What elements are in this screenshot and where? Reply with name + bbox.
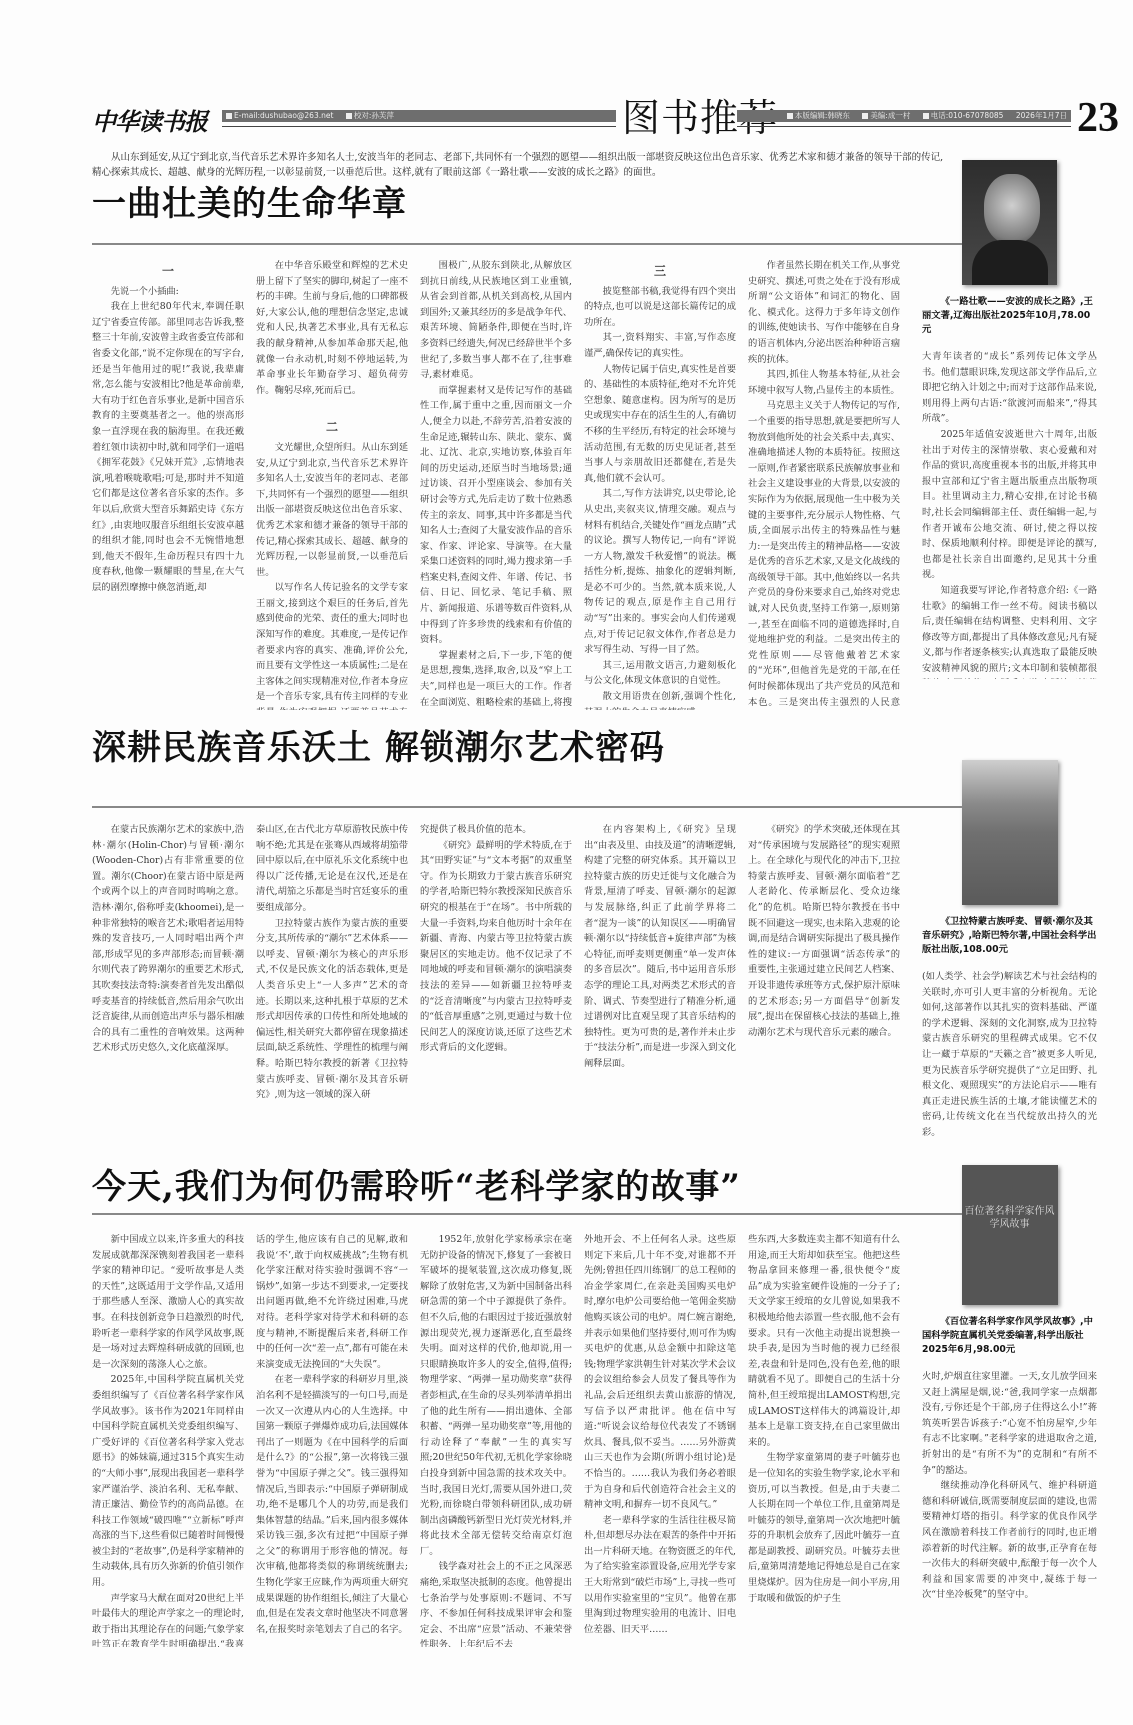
article1-column-3: 围极广,从胶东到陕北,从解放区到抗日前线,从民族地区到工业重镇,从省会到首都,从… [420, 258, 572, 710]
paragraph: 其三,运用散文语言,力避刻板化与公文化,体现文体意识的自觉性。 [584, 658, 736, 689]
book-cover-title: 百位著名科学家作风学风故事 [962, 1205, 1058, 1231]
newspaper-page: 中华读书报 E-mail:dushubao@263.net 校对:孙芙萍 图书推… [92, 0, 1112, 1725]
article3-headline: 今天,我们为何仍需聆听“老科学家的故事” [92, 1165, 741, 1209]
editor-text: 本版编辑:韩晓东 [795, 111, 850, 120]
paragraph: 声学家马大猷在面对20世纪上半叶最伟大的理论声学家之一的理论时,敢于指出其理论存… [92, 1591, 244, 1647]
paragraph: 其四,抓住人物基本特征,从社会环境中叙写人物,凸显传主的本质性。 [748, 367, 900, 398]
phone-text: 电话:010-67078085 [931, 111, 1004, 120]
article3-sidebar: 百位著名科学家作风学风故事 《百位著名科学家作风学风故事》,中国科学院直属机关党… [922, 1165, 1097, 1629]
art-editor-text: 美编:成一村 [870, 111, 910, 120]
paragraph: 外地开会、不上任何名人录。这些原则定下来后,几十年不变,对谁都不开先例;曾担任四… [584, 1232, 736, 1513]
article3-column-2: 话的学生,他应该有自己的见解,敢和我说‘不’,敢于向权威挑战”;生物有机化学家汪… [256, 1232, 408, 1647]
paragraph: 2025年,中国科学院直属机关党委组织编写了《百位著名科学家作风学风故事》。该书… [92, 1372, 244, 1590]
page-number: 23 [1077, 96, 1119, 140]
masthead: 中华读书报 E-mail:dushubao@263.net 校对:孙芙萍 图书推… [92, 96, 1132, 142]
article3-column-3: 1952年,放射化学家杨承宗在毫无防护设备的情况下,修复了一套被日军破坏的提氡装… [420, 1232, 572, 1647]
newspaper-logo: 中华读书报 [92, 102, 207, 137]
book-cover-image [962, 160, 1057, 285]
sidebar-text: (如人类学、社会学)解读艺术与社会结构的关联时,亦可引人更丰富的分析视角。无论如… [922, 969, 1097, 1169]
article1-body: 一 先说一个小插曲: 我在上世纪80年代末,奉调任职辽宁省委宣传部。部里同志告诉… [92, 258, 912, 710]
paragraph: 钱学森对社会上的不正之风深恶痛绝,采取坚决抵制的态度。他曾提出七条治学与处事原则… [420, 1559, 572, 1647]
paragraph: 在中华音乐殿堂和辉煌的艺术史册上留下了坚实的脚印,树起了一座不朽的丰碑。生前与身… [256, 258, 408, 398]
email-text: E-mail:dushubao@263.net [234, 111, 333, 120]
masthead-rule-left [222, 126, 616, 127]
article2-column-4: 在内容架构上,《研究》呈现出“由表及里、由技及道”的清晰逻辑,构建了完整的研究体… [584, 822, 736, 1152]
paragraph: 生物学家童第周的妻子叶毓芬也是一位知名的实验生物学家,论水平和资历,可以当教授。… [748, 1450, 900, 1606]
paragraph: 在老一辈科学家的科研岁月里,淡泊名利不是轻描淡写的一句口号,而是一次又一次遵从内… [256, 1372, 408, 1637]
portrait-face [984, 174, 1040, 244]
paragraph: 在蒙古民族潮尔艺术的家族中,浩林·潮尔(Holin-Chor)与冒顿·潮尔(Wo… [92, 822, 244, 1056]
article2-body: 在蒙古民族潮尔艺术的家族中,浩林·潮尔(Holin-Chor)与冒顿·潮尔(Wo… [92, 822, 912, 1152]
paragraph: 些东西,大多数连卖主都不知道有什么用途,而王大珩却如获至宝。他把这些物品拿回来修… [748, 1232, 900, 1450]
paragraph: 人物传记属于信史,真实性是首要的、基础性的本质特征,绝对不允许凭空想象、随意虚构… [584, 362, 736, 487]
article2-column-5: 《研究》的学术突破,还体现在其对“传承困境与发展路径”的现实观照上。在全球化与现… [748, 822, 900, 1152]
article1-lead: 从山东到延安,从辽宁到北京,当代音乐艺术界许多知名人士,安波当年的老同志、老部下… [92, 150, 952, 180]
book-caption: 《一路壮歌——安波的成长之路》,王丽文著,辽海出版社2025年10月,78.00… [922, 295, 1097, 337]
article1-headline: 一曲壮美的生命华章 [92, 182, 407, 226]
issue-date: 2026年1月7日 [1016, 111, 1067, 120]
section-marker: 三 [584, 264, 736, 280]
book-caption: 《百位著名科学家作风学风故事》,中国科学院直属机关党委编著,科学出版社2025年… [922, 1315, 1097, 1357]
masthead-editor-bar: 本版编辑:韩晓东 美编:成一村 电话:010-67078085 2026年1月7… [737, 110, 1071, 122]
paragraph: (如人类学、社会学)解读艺术与社会结构的关联时,亦可引人更丰富的分析视角。无论如… [922, 969, 1097, 1141]
sidebar-text: 火时,炉烟直往家里灌。一天,女儿放学回来又赶上满屋是烟,说:“爸,我同学家一点烟… [922, 1369, 1097, 1629]
book-caption: 《卫拉特蒙古族呼麦、冒顿·潮尔及其音乐研究》,哈斯巴特尔著,中国社会科学出版社出… [922, 915, 1097, 957]
paragraph: 老一辈科学家的生活往往极尽简朴,但却想尽办法在艰苦的条件中开拓出一片科研天地。在… [584, 1513, 736, 1638]
paragraph: 新中国成立以来,许多重大的科技发展成就都深深镌刻着我国老一辈科学家的精神印记。“… [92, 1232, 244, 1372]
paragraph: 1952年,放射化学家杨承宗在毫无防护设备的情况下,修复了一套被日军破坏的提氡装… [420, 1232, 572, 1559]
proofreader-text: 校对:孙芙萍 [354, 111, 394, 120]
paragraph: 《研究》最鲜明的学术特质,在于其“田野实证”与“文本考据”的双重坚守。作为长期致… [420, 838, 572, 1056]
paragraph: 以写作名人传记验名的文学专家王丽文,接到这个艰巨的任务后,首先感到使命的光荣、责… [256, 580, 408, 710]
paragraph: 2025年适值安波逝世六十周年,出版社出于对传主的深情崇敬、衷心爱戴和对作品的赏… [922, 427, 1097, 583]
article1-rule [92, 243, 977, 245]
book-cover-image [962, 760, 1058, 905]
paragraph: 而掌握素材又是传记写作的基础性工作,属于重中之重,因而丽文一介人,便全力以赴,不… [420, 383, 572, 648]
article1-column-1: 一 先说一个小插曲: 我在上世纪80年代末,奉调任职辽宁省委宣传部。部里同志告诉… [92, 258, 244, 710]
section-marker: 二 [256, 420, 408, 436]
paragraph: 文光耀世,众望所归。从山东到延安,从辽宁到北京,当代音乐艺术界许多知名人士,安波… [256, 440, 408, 580]
paragraph: 其二,写作方法讲究,以史带论,论从史出,夹叙夹议,情理交融。观点与材料有机结合,… [584, 486, 736, 658]
paragraph: 大青年读者的“成长”系列传记体文学丛书。他们慧眼识珠,发现这部文学作品后,立即把… [922, 349, 1097, 427]
paragraph: 卫拉特蒙古族作为蒙古族的重要分支,其所传承的“潮尔”艺术体系——以呼麦、冒顿·潮… [256, 916, 408, 1103]
article3-column-5: 些东西,大多数连卖主都不知道有什么用途,而王大珩却如获至宝。他把这些物品拿回来修… [748, 1232, 900, 1647]
article2-headline: 深耕民族音乐沃土 解锁潮尔艺术密码 [92, 726, 665, 770]
paragraph: 其一,资料翔实、丰富,写作态度谨严,确保传记的真实性。 [584, 330, 736, 361]
sidebar-text: 大青年读者的“成长”系列传记体文学丛书。他们慧眼识珠,发现这部文学作品后,立即把… [922, 349, 1097, 679]
article1-sidebar: 《一路壮歌——安波的成长之路》,王丽文著,辽海出版社2025年10月,78.00… [922, 160, 1097, 679]
article2-column-3: 究提供了极具价值的范本。 《研究》最鲜明的学术特质,在于其“田野实证”与“文本考… [420, 822, 572, 1152]
article2-column-2: 泰山区,在古代北方草原游牧民族中传响不绝;尤其是在张骞从西域将胡笳带回中原以后,… [256, 822, 408, 1152]
book-cover-image: 百位著名科学家作风学风故事 [962, 1165, 1058, 1305]
article3-column-4: 外地开会、不上任何名人录。这些原则定下来后,几十年不变,对谁都不开先例;曾担任四… [584, 1232, 736, 1647]
paragraph: 究提供了极具价值的范本。 [420, 822, 572, 838]
paragraph: 在内容架构上,《研究》呈现出“由表及里、由技及道”的清晰逻辑,构建了完整的研究体… [584, 822, 736, 1072]
paragraph: 泰山区,在古代北方草原游牧民族中传响不绝;尤其是在张骞从西域将胡笳带回中原以后,… [256, 822, 408, 916]
masthead-contact-bar: E-mail:dushubao@263.net 校对:孙芙萍 [222, 110, 616, 122]
paragraph: 话的学生,他应该有自己的见解,敢和我说‘不’,敢于向权威挑战”;生物有机化学家汪… [256, 1232, 408, 1372]
paragraph: 先说一个小插曲: [92, 284, 244, 300]
paragraph: 继续推动净化科研风气、维护科研道德和科研诚信,既需要制度层面的建设,也需要精神灯… [922, 1478, 1097, 1603]
article3-column-1: 新中国成立以来,许多重大的科技发展成就都深深镌刻着我国老一辈科学家的精神印记。“… [92, 1232, 244, 1647]
article2-sidebar: 《卫拉特蒙古族呼麦、冒顿·潮尔及其音乐研究》,哈斯巴特尔著,中国社会科学出版社出… [922, 760, 1097, 1169]
paragraph: 掌握素材之后,下一步,下笔的便是思想,搜集,选择,取舍,以及“窄上工夫”,同样也… [420, 648, 572, 710]
paragraph: 知道我要写评论,作者特意介绍:《一路壮歌》的编辑工作一丝不苟。阅读书稿以后,责任… [922, 583, 1097, 679]
masthead-rule-right [737, 126, 1071, 127]
paragraph: 《研究》的学术突破,还体现在其对“传承困境与发展路径”的现实观照上。在全球化与现… [748, 822, 900, 1040]
paragraph: 披览整部书稿,我觉得有四个突出的特点,也可以说是这部长篇传记的成功所在。 [584, 284, 736, 331]
paragraph: 我在上世纪80年代末,奉调任职辽宁省委宣传部。部里同志告诉我,整整三十年前,安波… [92, 299, 244, 595]
paragraph: 围极广,从胶东到陕北,从解放区到抗日前线,从民族地区到工业重镇,从省会到首都,从… [420, 258, 572, 383]
paragraph: 作者虽然长期在机关工作,从事党史研究、撰述,可贵之处在于没有形成所谓“公文语体”… [748, 258, 900, 367]
article3-rule [92, 1213, 977, 1215]
article1-column-4: 三 披览整部书稿,我觉得有四个突出的特点,也可以说是这部长篇传记的成功所在。 其… [584, 258, 736, 710]
section-marker: 一 [92, 264, 244, 280]
portrait-body [972, 240, 1048, 285]
paragraph: 马克思主义关于人物传记的写作,一个重要的指导思想,就是要把所写人物放到他所处的社… [748, 398, 900, 710]
article2-rule [92, 806, 977, 808]
paragraph: 散文用语贵在创新,强调个性化,其强大的生命力是真情实感。 [584, 689, 736, 710]
article1-column-2: 在中华音乐殿堂和辉煌的艺术史册上留下了坚实的脚印,树起了一座不朽的丰碑。生前与身… [256, 258, 408, 710]
article3-body: 新中国成立以来,许多重大的科技发展成就都深深镌刻着我国老一辈科学家的精神印记。“… [92, 1232, 912, 1647]
article2-column-1: 在蒙古民族潮尔艺术的家族中,浩林·潮尔(Holin-Chor)与冒顿·潮尔(Wo… [92, 822, 244, 1152]
article1-column-5: 作者虽然长期在机关工作,从事党史研究、撰述,可贵之处在于没有形成所谓“公文语体”… [748, 258, 900, 710]
paragraph: 火时,炉烟直往家里灌。一天,女儿放学回来又赶上满屋是烟,说:“爸,我同学家一点烟… [922, 1369, 1097, 1478]
